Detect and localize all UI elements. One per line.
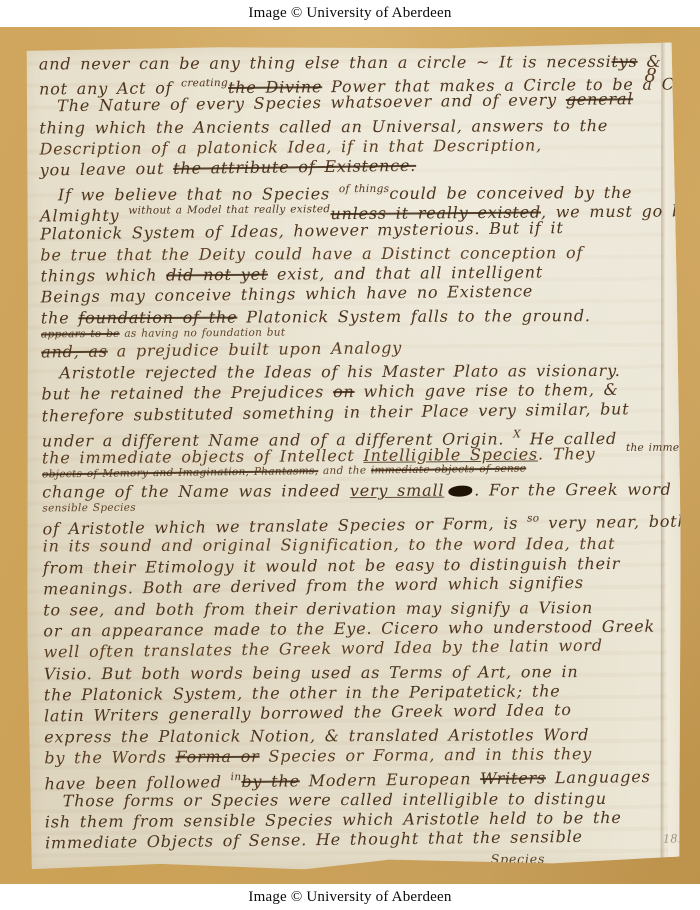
manuscript-segment: on — [333, 382, 355, 401]
pencil-folio-number: 18. — [663, 830, 682, 846]
manuscript-segment: appears to be — [41, 328, 120, 341]
screenshot-root: Image © University of Aberdeen 8 18. and… — [0, 0, 700, 910]
manuscript-segment: the — [41, 309, 79, 328]
manuscript-line: If we believe that no Species of thingsc… — [40, 178, 652, 202]
manuscript-segment: Languages — [546, 767, 651, 787]
manuscript-segment: in its sound and original Signification,… — [43, 534, 616, 555]
manuscript-segment: The Nature of every Species whatsoever a… — [57, 90, 566, 115]
manuscript-segment: and, as — [41, 342, 108, 362]
scan-background: 8 18. and never can be any thing else th… — [0, 27, 700, 884]
manuscript-segment: Forma or — [176, 747, 260, 767]
manuscript-segment: so — [527, 513, 539, 525]
manuscript-segment: latin Writers generally borrowed the Gre… — [44, 700, 572, 725]
manuscript-segment: by the Words — [44, 748, 175, 768]
manuscript-segment: under a different Name and of a differen… — [42, 429, 513, 450]
manuscript-line: under a different Name and of a differen… — [42, 423, 654, 447]
manuscript-segment: general — [566, 90, 634, 110]
manuscript-segment: immediate Objects of Sense. He thought t… — [45, 827, 583, 853]
manuscript-line: Those forms or Species were called intel… — [45, 787, 657, 811]
page-fold-line — [661, 42, 666, 870]
manuscript-segment: X — [513, 428, 521, 440]
manuscript-line: and never can be any thing else than a c… — [39, 51, 651, 75]
manuscript-segment: very near, both — [539, 512, 683, 533]
manuscript-segment: meanings. Both are derived from the word… — [43, 573, 584, 599]
ink-blot — [448, 485, 472, 496]
copyright-text-top: Image © University of Aberdeen — [248, 5, 451, 22]
manuscript-line: Visio. But both words being used as Term… — [44, 660, 656, 684]
manuscript-segment: Writers — [480, 768, 546, 788]
manuscript-line: be true that the Deity could have a Dist… — [40, 241, 652, 265]
manuscript-segment: by the — [241, 771, 300, 791]
manuscript-segment: Beings may conceive things which have no… — [41, 281, 534, 306]
manuscript-segment: and the — [318, 464, 371, 477]
manuscript-segment: If we believe that no Species — [58, 184, 339, 204]
manuscript-segment: foundation of the — [78, 308, 237, 328]
manuscript-segment: express the Platonick Notion, & translat… — [44, 725, 589, 746]
manuscript-segment: of things — [339, 183, 390, 195]
manuscript-segment: sensible Species — [42, 501, 136, 514]
manuscript-page: 8 18. and never can be any thing else th… — [23, 42, 683, 871]
manuscript-segment: in — [231, 771, 242, 783]
manuscript-segment: did not yet — [166, 265, 268, 285]
manuscript-segment: things which — [40, 265, 166, 285]
manuscript-line: change of the Name was indeed very small… — [42, 478, 654, 502]
manuscript-segment: to see, and both from their derivation m… — [43, 598, 593, 619]
manuscript-segment: change of the Name was indeed — [42, 481, 350, 501]
copyright-banner-bottom: Image © University of Aberdeen — [0, 884, 700, 910]
manuscript-line: express the Platonick Notion, & translat… — [44, 724, 656, 748]
manuscript-segment: Platonick System falls to the ground. — [237, 306, 590, 327]
manuscript-segment: very small — [350, 480, 445, 499]
manuscript-line: Aristotle rejected the Ideas of his Mast… — [41, 360, 653, 384]
manuscript-segment: a prejudice built upon Analogy — [108, 338, 403, 361]
manuscript-segment: Species — [491, 851, 545, 866]
manuscript-text: and never can be any thing else than a c… — [39, 49, 657, 870]
manuscript-segment: creating — [181, 77, 228, 89]
manuscript-segment: thing which the Ancients called an Unive… — [39, 116, 608, 137]
manuscript-line: in its sound and original Signification,… — [43, 533, 655, 557]
manuscript-segment: . For the Greek word — [474, 479, 672, 499]
manuscript-segment: immediate objects of sense — [371, 463, 526, 477]
manuscript-segment: but he retained the Prejudices — [41, 382, 333, 403]
manuscript-segment: & — [638, 52, 662, 71]
manuscript-line: to see, and both from their derivation m… — [43, 597, 655, 621]
copyright-banner-top: Image © University of Aberdeen — [0, 0, 700, 27]
manuscript-segment: the immediate — [626, 441, 683, 453]
manuscript-segment: be true that the Deity could have a Dist… — [40, 243, 583, 264]
manuscript-segment: tys — [611, 52, 637, 71]
manuscript-segment: and never can be any thing else than a c… — [39, 52, 612, 73]
manuscript-segment: the attribute of Existence. — [173, 156, 416, 178]
manuscript-line: the foundation of the Platonick System f… — [41, 305, 653, 329]
manuscript-segment: could be conceived by the — [389, 183, 632, 203]
manuscript-line: Species — [45, 851, 657, 870]
manuscript-segment: Aristotle rejected the Ideas of his Mast… — [59, 361, 620, 382]
manuscript-segment: well often translates the Greek word Ide… — [43, 636, 603, 662]
manuscript-segment: Modern European — [300, 769, 481, 790]
manuscript-line: thing which the Ancients called an Unive… — [39, 114, 651, 138]
manuscript-segment: Those forms or Species were called intel… — [63, 789, 607, 810]
manuscript-segment: Visio. But both words being used as Term… — [44, 662, 579, 683]
manuscript-segment: objects of Memory and Imagination, Phant… — [42, 465, 318, 480]
manuscript-segment: He called — [521, 429, 626, 448]
manuscript-segment: you leave out — [40, 159, 174, 180]
manuscript-segment: without a Model that really existed — [128, 203, 330, 217]
copyright-text-bottom: Image © University of Aberdeen — [248, 889, 451, 906]
